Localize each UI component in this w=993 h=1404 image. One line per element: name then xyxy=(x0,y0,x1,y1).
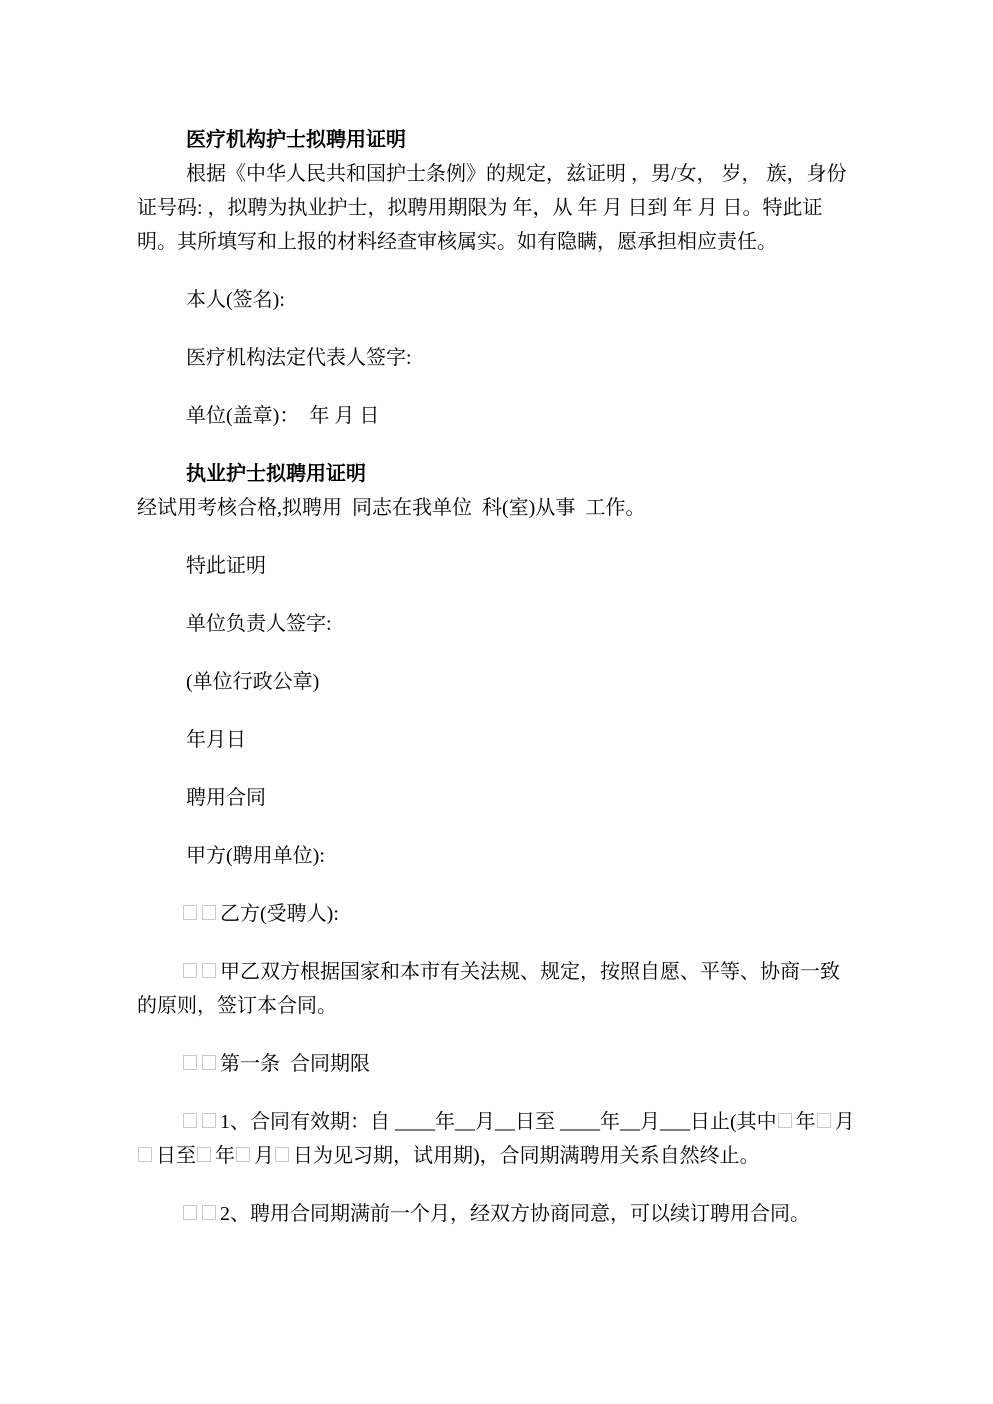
probation-statement: 经试用考核合格,拟聘用 同志在我单位 科(室)从事 工作。 xyxy=(137,491,858,525)
contract-basis-paragraph: 甲乙双方根据国家和本市有关法规、规定，按照自愿、平等、协商一致的原则，签订本合同… xyxy=(137,955,858,1023)
missing-glyph-box xyxy=(817,1113,831,1128)
party-b-line: 乙方(受聘人): xyxy=(137,897,858,931)
clause-2-contract-renewal: 2、聘用合同期满前一个月，经双方协商同意，可以续订聘用合同。 xyxy=(137,1197,858,1231)
date-line: 年月日 xyxy=(137,723,858,757)
missing-glyph-box xyxy=(202,963,216,978)
party-a-line: 甲方(聘用单位): xyxy=(137,839,858,873)
title-medical-institution-nurse-certificate: 医疗机构护士拟聘用证明 xyxy=(137,123,858,157)
document-page: 医疗机构护士拟聘用证明 根据《中华人民共和国护士条例》的规定，兹证明 ，男/女，… xyxy=(0,0,993,1404)
missing-glyph-box xyxy=(183,1205,197,1220)
missing-glyph-box xyxy=(183,1055,197,1070)
missing-glyph-box xyxy=(202,1055,216,1070)
missing-glyph-box xyxy=(236,1147,250,1162)
hereby-certify-line: 特此证明 xyxy=(137,549,858,583)
missing-glyph-box xyxy=(778,1113,792,1128)
missing-glyph-box xyxy=(183,963,197,978)
missing-glyph-box xyxy=(275,1147,289,1162)
unit-official-seal-note: (单位行政公章) xyxy=(137,665,858,699)
unit-seal-date-line: 单位(盖章)： 年 月 日 xyxy=(137,399,858,433)
missing-glyph-box xyxy=(202,1205,216,1220)
missing-glyph-box xyxy=(202,905,216,920)
article-1-heading: 第一条 合同期限 xyxy=(137,1047,858,1081)
legal-representative-signature-line: 医疗机构法定代表人签字: xyxy=(137,341,858,375)
missing-glyph-box xyxy=(183,1113,197,1128)
unit-head-signature-line: 单位负责人签字: xyxy=(137,607,858,641)
missing-glyph-box xyxy=(138,1147,152,1162)
missing-glyph-box xyxy=(183,905,197,920)
employment-contract-title: 聘用合同 xyxy=(137,781,858,815)
title-practicing-nurse-certificate: 执业护士拟聘用证明 xyxy=(137,457,858,491)
self-signature-line: 本人(签名): xyxy=(137,283,858,317)
missing-glyph-box xyxy=(202,1113,216,1128)
missing-glyph-box xyxy=(197,1147,211,1162)
certificate-body-paragraph: 根据《中华人民共和国护士条例》的规定，兹证明 ，男/女， 岁， 族，身份证号码:… xyxy=(137,157,858,259)
clause-1-contract-validity: 1、合同有效期：自 ____年__月__日至 ____年__月___日止(其中年… xyxy=(137,1105,858,1173)
